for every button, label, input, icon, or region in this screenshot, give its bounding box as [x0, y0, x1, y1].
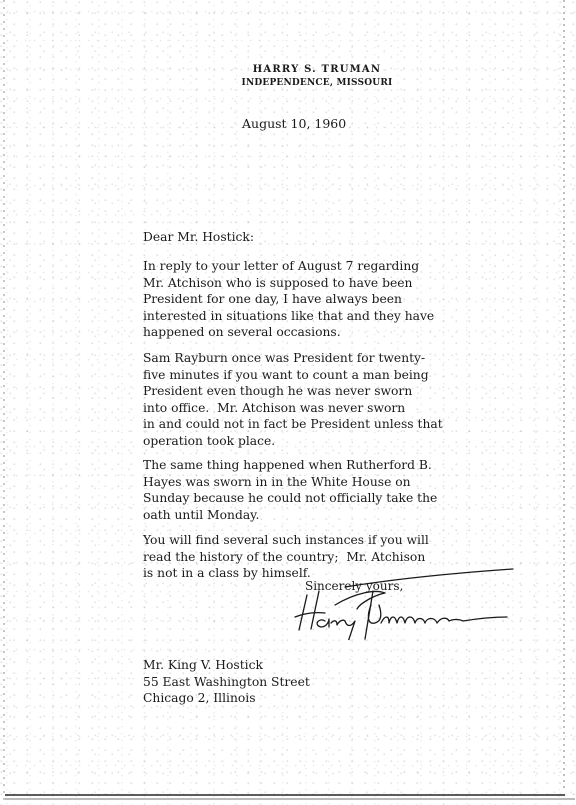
recipient-name: Mr. King V. Hostick	[143, 657, 310, 674]
letterhead-name: HARRY S. TRUMAN	[58, 63, 576, 77]
page-edge-shadow	[5, 798, 575, 800]
salutation: Dear Mr. Hostick:	[143, 229, 254, 246]
letter-date: August 10, 1960	[242, 116, 346, 131]
page-edge-right	[563, 0, 565, 790]
recipient-address: Mr. King V. Hostick 55 East Washington S…	[143, 657, 310, 707]
signature-icon	[285, 565, 515, 640]
page-edge-bottom	[5, 794, 565, 796]
page-edge-left	[3, 0, 5, 800]
recipient-street: 55 East Washington Street	[143, 674, 310, 691]
paragraph-1: In reply to your letter of August 7 rega…	[143, 258, 434, 341]
letterhead: HARRY S. TRUMAN INDEPENDENCE, MISSOURI	[0, 63, 576, 90]
paragraph-3: The same thing happened when Rutherford …	[143, 457, 437, 523]
letterhead-location: INDEPENDENCE, MISSOURI	[58, 77, 576, 90]
paragraph-2: Sam Rayburn once was President for twent…	[143, 350, 443, 450]
recipient-city: Chicago 2, Illinois	[143, 690, 310, 707]
